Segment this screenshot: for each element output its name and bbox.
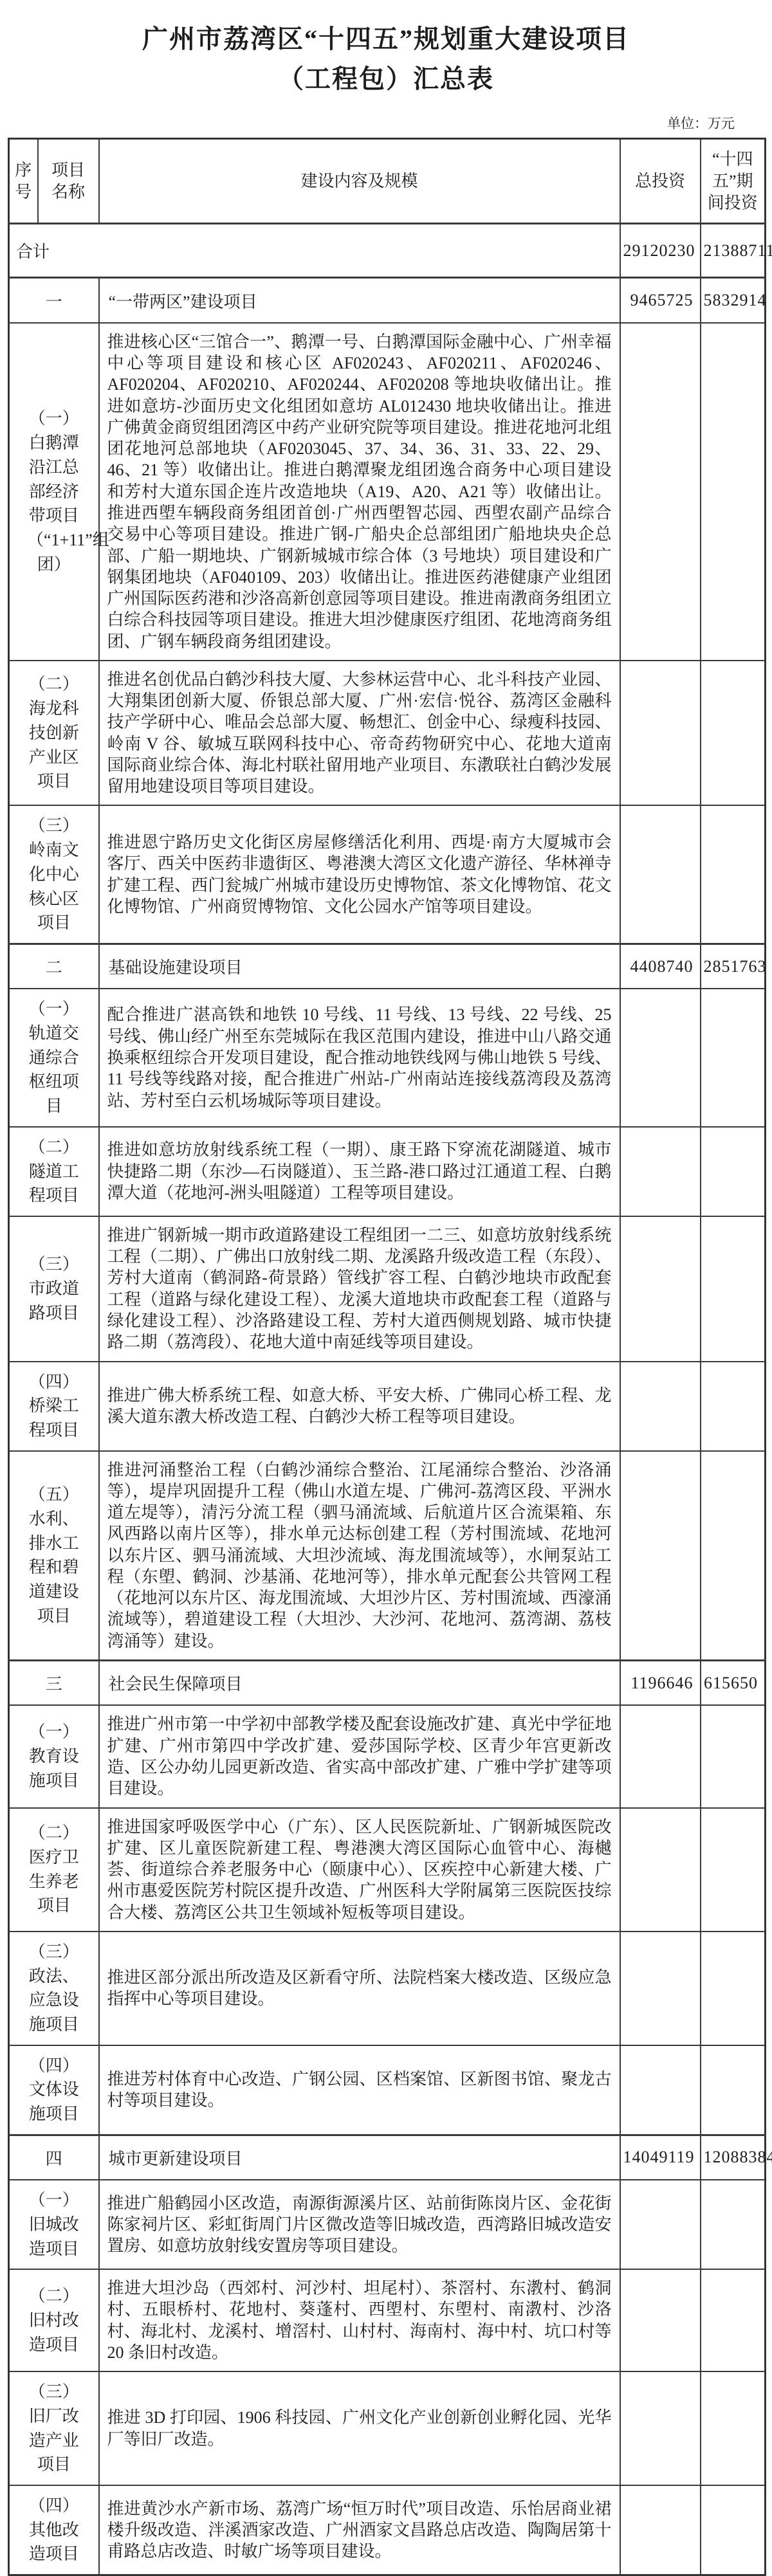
item-construction-content: 推进国家呼吸医学中心（广东）、区人民医院新址、广钢新城医院改扩建、区儿童医院新建…	[99, 1808, 620, 1932]
item-construction-content: 推进黄沙水产新市场、荔湾广场“恒万时代”项目改造、乐怡居商业裙楼升级改造、泮溪酒…	[99, 2485, 620, 2575]
item-label: （一）轨道交通综合枢纽项目	[9, 989, 99, 1126]
period-investment-value: 615650	[701, 1660, 766, 1705]
section-title: “一带两区”建设项目	[99, 278, 620, 323]
item-row: （三）市政道路项目推进广钢新城一期市政道路建设工程组团一二三、如意坊放射线系统工…	[9, 1216, 766, 1362]
item-construction-content: 配合推进广湛高铁和地铁 10 号线、11 号线、13 号线、22 号线、25 号…	[99, 989, 620, 1126]
period-investment-value: 2851763	[701, 944, 766, 989]
total-investment-empty	[620, 1705, 701, 1807]
item-label: （三）市政道路项目	[9, 1216, 99, 1362]
page-title: 广州市荔湾区“十四五”规划重大建设项目（工程包）汇总表	[0, 19, 772, 99]
item-construction-content: 推进核心区“三馆合一”、鹅潭一号、白鹅潭国际金融中心、广州幸福中心等项目建设和核…	[99, 323, 620, 661]
total-investment-empty	[620, 2485, 701, 2575]
item-label: （五）水利、排水工程和碧道建设项目	[9, 1451, 99, 1661]
total-investment-empty	[620, 2371, 701, 2485]
item-label: （二）海龙科技创新产业区项目	[9, 661, 99, 806]
total-investment-value: 29120230	[620, 224, 701, 278]
total-investment-empty	[620, 2269, 701, 2371]
period-investment-empty	[701, 323, 766, 661]
item-label: （四）文体设施项目	[9, 2045, 99, 2135]
section-serial-number: 四	[9, 2135, 99, 2180]
section-row: 二基础设施建设项目44087402851763	[9, 944, 766, 989]
total-investment-empty	[620, 1932, 701, 2045]
item-construction-content: 推进广钢新城一期市政道路建设工程组团一二三、如意坊放射线系统工程（二期）、广佛出…	[99, 1216, 620, 1362]
item-label: （一）教育设施项目	[9, 1705, 99, 1807]
total-investment-empty	[620, 1451, 701, 1661]
total-row-label: 合计	[9, 224, 620, 278]
item-row: （二）医疗卫生养老项目推进国家呼吸医学中心（广东）、区人民医院新址、广钢新城医院…	[9, 1808, 766, 1932]
item-row: （一）旧城改造项目推进广船鹤园小区改造，南源街源溪片区、站前街陈岗片区、金花街陈…	[9, 2180, 766, 2269]
item-label: （二）医疗卫生养老项目	[9, 1808, 99, 1932]
item-row: （一）白鹅潭沿江总部经济带项目（“1+11”组团）推进核心区“三馆合一”、鹅潭一…	[9, 323, 766, 661]
item-row: （三）旧厂改造产业项目推进 3D 打印园、1906 科技园、广州文化产业创新创业…	[9, 2371, 766, 2485]
item-label: （一）旧城改造项目	[9, 2180, 99, 2269]
unit-note: 单位：万元	[0, 113, 772, 132]
item-row: （四）其他改造项目推进黄沙水产新市场、荔湾广场“恒万时代”项目改造、乐怡居商业裙…	[9, 2485, 766, 2575]
header-row: 序号 项目 名称 建设内容及规模 总投资 “十四 五”期 间投资	[9, 139, 766, 224]
section-serial-number: 二	[9, 944, 99, 989]
item-label: （三）岭南文化中心核心区项目	[9, 805, 99, 944]
item-row: （三）政法、应急设施项目推进区部分派出所改造及区新看守所、法院档案大楼改造、区级…	[9, 1932, 766, 2045]
item-construction-content: 推进广佛大桥系统工程、如意大桥、平安大桥、广佛同心桥工程、龙溪大道东漖大桥改造工…	[99, 1362, 620, 1451]
page-title-line1: 广州市荔湾区“十四五”规划重大建设项目	[142, 24, 630, 53]
total-investment-empty	[620, 1216, 701, 1362]
item-label: （三）旧厂改造产业项目	[9, 2371, 99, 2485]
header-total-investment: 总投资	[620, 139, 701, 224]
section-title: 社会民生保障项目	[99, 1660, 620, 1705]
item-row: （三）岭南文化中心核心区项目推进恩宁路历史文化街区房屋修缮活化利用、西堤·南方大…	[9, 805, 766, 944]
section-row: 四城市更新建设项目1404911912088384	[9, 2135, 766, 2180]
period-investment-empty	[701, 2045, 766, 2135]
table-body: 合计2912023021388711一“一带两区”建设项目94657255832…	[9, 224, 766, 2575]
item-row: （四）桥梁工程项目推进广佛大桥系统工程、如意大桥、平安大桥、广佛同心桥工程、龙溪…	[9, 1362, 766, 1451]
total-investment-empty	[620, 661, 701, 806]
total-investment-empty	[620, 1362, 701, 1451]
header-construction-content: 建设内容及规模	[99, 139, 620, 224]
total-investment-empty	[620, 989, 701, 1126]
item-label: （三）政法、应急设施项目	[9, 1932, 99, 2045]
period-investment-empty	[701, 2485, 766, 2575]
item-label: （四）其他改造项目	[9, 2485, 99, 2575]
item-row: （二）隧道工程项目推进如意坊放射线系统工程（一期）、康王路下穿流花湖隧道、城市快…	[9, 1127, 766, 1216]
period-investment-empty	[701, 1705, 766, 1807]
item-label: （一）白鹅潭沿江总部经济带项目（“1+11”组团）	[9, 323, 99, 661]
item-construction-content: 推进 3D 打印园、1906 科技园、广州文化产业创新创业孵化园、光华厂等旧厂改…	[99, 2371, 620, 2485]
period-investment-empty	[701, 1932, 766, 2045]
period-investment-empty	[701, 805, 766, 944]
total-investment-value: 1196646	[620, 1660, 701, 1705]
period-investment-empty	[701, 1451, 766, 1661]
period-investment-value: 12088384	[701, 2135, 766, 2180]
total-row: 合计2912023021388711	[9, 224, 766, 278]
total-investment-value: 4408740	[620, 944, 701, 989]
period-investment-empty	[701, 1808, 766, 1932]
total-investment-value: 14049119	[620, 2135, 701, 2180]
item-construction-content: 推进如意坊放射线系统工程（一期）、康王路下穿流花湖隧道、城市快捷路二期（东沙—石…	[99, 1127, 620, 1216]
item-construction-content: 推进恩宁路历史文化街区房屋修缮活化利用、西堤·南方大厦城市会客厅、西关中医药非遗…	[99, 805, 620, 944]
period-investment-empty	[701, 989, 766, 1126]
item-construction-content: 推进大坦沙岛（西郊村、河沙村、坦尾村）、茶滘村、东漖村、鹤洞村、五眼桥村、花地村…	[99, 2269, 620, 2371]
item-construction-content: 推进芳村体育中心改造、广钢公园、区档案馆、区新图书馆、聚龙古村等项目建设。	[99, 2045, 620, 2135]
total-investment-empty	[620, 1127, 701, 1216]
item-label: （二）隧道工程项目	[9, 1127, 99, 1216]
section-title: 城市更新建设项目	[99, 2135, 620, 2180]
item-row: （二）旧村改造项目推进大坦沙岛（西郊村、河沙村、坦尾村）、茶滘村、东漖村、鹤洞村…	[9, 2269, 766, 2371]
period-investment-empty	[701, 2180, 766, 2269]
item-row: （一）教育设施项目推进广州市第一中学初中部教学楼及配套设施改扩建、真光中学征地扩…	[9, 1705, 766, 1807]
period-investment-empty	[701, 661, 766, 806]
period-investment-empty	[701, 1127, 766, 1216]
section-serial-number: 三	[9, 1660, 99, 1705]
period-investment-value: 21388711	[701, 224, 766, 278]
item-construction-content: 推进广船鹤园小区改造，南源街源溪片区、站前街陈岗片区、金花街陈家祠片区、彩虹街周…	[99, 2180, 620, 2269]
period-investment-empty	[701, 1362, 766, 1451]
header-serial-number: 序号	[9, 139, 38, 224]
item-row: （一）轨道交通综合枢纽项目配合推进广湛高铁和地铁 10 号线、11 号线、13 …	[9, 989, 766, 1126]
total-investment-empty	[620, 2045, 701, 2135]
section-row: 三社会民生保障项目1196646615650	[9, 1660, 766, 1705]
total-investment-empty	[620, 2180, 701, 2269]
section-row: 一“一带两区”建设项目94657255832914	[9, 278, 766, 323]
section-title: 基础设施建设项目	[99, 944, 620, 989]
item-label: （四）桥梁工程项目	[9, 1362, 99, 1451]
period-investment-empty	[701, 1216, 766, 1362]
item-construction-content: 推进河涌整治工程（白鹤沙涌综合整治、江尾涌综合整治、沙洛涌等），堤岸巩固提升工程…	[99, 1451, 620, 1661]
total-investment-empty	[620, 805, 701, 944]
item-label: （二）旧村改造项目	[9, 2269, 99, 2371]
header-period-investment: “十四 五”期 间投资	[701, 139, 766, 224]
projects-summary-table: 序号 项目 名称 建设内容及规模 总投资 “十四 五”期 间投资 合计29120…	[8, 138, 766, 2576]
period-investment-value: 5832914	[701, 278, 766, 323]
period-investment-empty	[701, 2269, 766, 2371]
period-investment-empty	[701, 2371, 766, 2485]
total-investment-empty	[620, 323, 701, 661]
total-investment-empty	[620, 1808, 701, 1932]
total-investment-value: 9465725	[620, 278, 701, 323]
document-page: 广州市荔湾区“十四五”规划重大建设项目（工程包）汇总表 单位：万元 序号 项目 …	[0, 0, 772, 2576]
item-construction-content: 推进区部分派出所改造及区新看守所、法院档案大楼改造、区级应急指挥中心等项目建设。	[99, 1932, 620, 2045]
item-row: （五）水利、排水工程和碧道建设项目推进河涌整治工程（白鹤沙涌综合整治、江尾涌综合…	[9, 1451, 766, 1661]
header-project-name: 项目 名称	[38, 139, 99, 224]
item-construction-content: 推进名创优品白鹤沙科技大厦、大参林运营中心、北斗科技产业园、大翔集团创新大厦、侨…	[99, 661, 620, 806]
item-row: （二）海龙科技创新产业区项目推进名创优品白鹤沙科技大厦、大参林运营中心、北斗科技…	[9, 661, 766, 806]
item-row: （四）文体设施项目推进芳村体育中心改造、广钢公园、区档案馆、区新图书馆、聚龙古村…	[9, 2045, 766, 2135]
page-title-line2: （工程包）汇总表	[278, 64, 494, 93]
section-serial-number: 一	[9, 278, 99, 323]
item-construction-content: 推进广州市第一中学初中部教学楼及配套设施改扩建、真光中学征地扩建、广州市第四中学…	[99, 1705, 620, 1807]
